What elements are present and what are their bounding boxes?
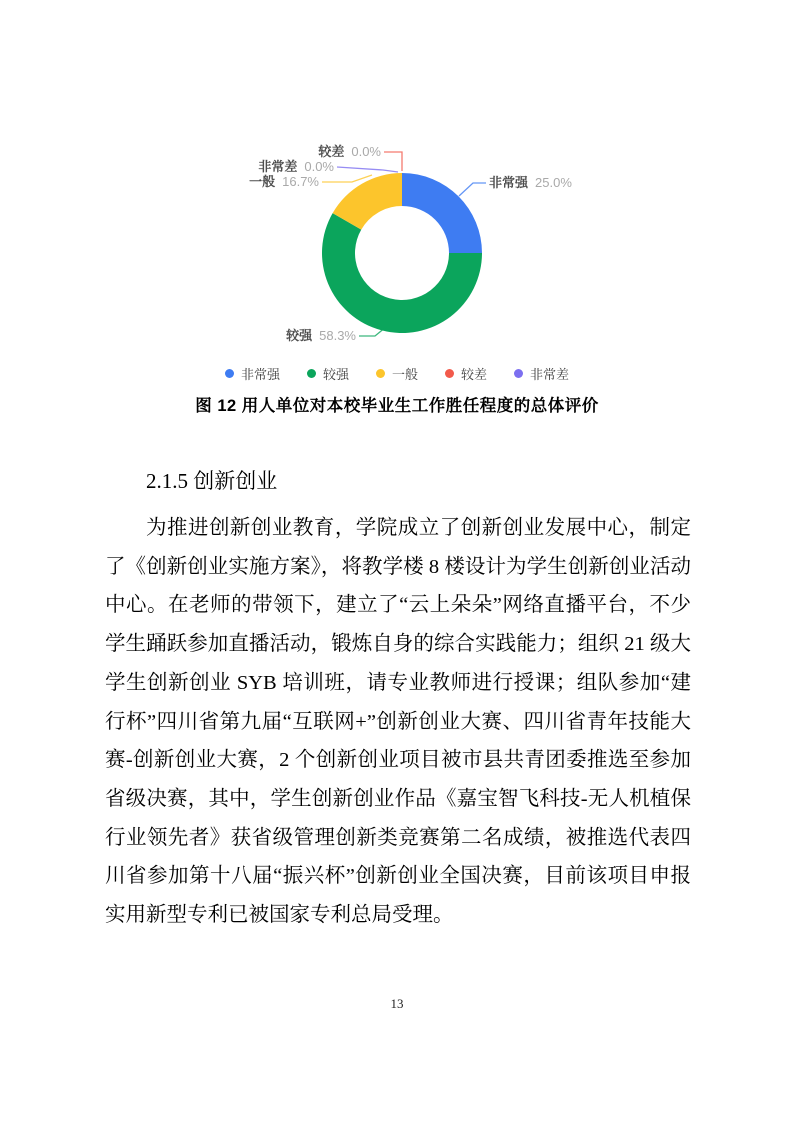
section-heading: 2.1.5 创新创业 <box>105 466 691 496</box>
legend-label: 较强 <box>323 364 349 383</box>
legend-item-非常强: 非常强 <box>225 364 280 383</box>
slice-label-较强: 较强58.3% <box>286 327 356 344</box>
slice-label-非常强: 非常强25.0% <box>489 174 572 191</box>
figure-caption: 图 12 用人单位对本校毕业生工作胜任程度的总体评价 <box>0 392 794 416</box>
slice-label-name: 非常差 <box>258 159 297 174</box>
legend-item-一般: 一般 <box>376 364 418 383</box>
slice-label-一般: 一般16.7% <box>249 173 319 190</box>
slice-label-value: 16.7% <box>282 174 319 189</box>
legend-label: 一般 <box>392 364 418 383</box>
donut-chart-svg <box>0 0 794 358</box>
slice-label-name: 非常强 <box>489 175 528 190</box>
legend-dot <box>514 369 523 378</box>
leader-line-非常差 <box>337 167 398 172</box>
legend-item-较差: 较差 <box>445 364 487 383</box>
slice-label-value: 25.0% <box>535 175 572 190</box>
slice-label-name: 较强 <box>286 328 312 343</box>
legend-item-非常差: 非常差 <box>514 364 569 383</box>
page-number: 13 <box>0 996 794 1012</box>
leader-line-较差 <box>384 152 402 171</box>
legend-label: 非常强 <box>241 364 280 383</box>
legend-item-较强: 较强 <box>307 364 349 383</box>
slice-label-value: 0.0% <box>304 159 334 174</box>
legend-label: 较差 <box>461 364 487 383</box>
document-page: 较差0.0%非常差0.0%一般16.7%非常强25.0%较强58.3% 非常强较… <box>0 0 794 1122</box>
leader-line-非常强 <box>459 183 486 196</box>
chart-legend: 非常强较强一般较差非常差 <box>0 364 794 383</box>
leader-line-一般 <box>322 175 372 182</box>
donut-chart-figure: 较差0.0%非常差0.0%一般16.7%非常强25.0%较强58.3% 非常强较… <box>0 0 794 430</box>
legend-dot <box>225 369 234 378</box>
slice-label-value: 58.3% <box>319 328 356 343</box>
legend-dot <box>307 369 316 378</box>
body-paragraph: 为推进创新创业教育，学院成立了创新创业发展中心，制定了《创新创业实施方案》，将教… <box>105 509 691 935</box>
legend-dot <box>376 369 385 378</box>
slice-label-value: 0.0% <box>351 144 381 159</box>
legend-label: 非常差 <box>530 364 569 383</box>
slice-label-name: 一般 <box>249 174 275 189</box>
section-content: 2.1.5 创新创业 为推进创新创业教育，学院成立了创新创业发展中心，制定了《创… <box>105 466 691 935</box>
legend-dot <box>445 369 454 378</box>
slice-label-name: 较差 <box>318 144 344 159</box>
